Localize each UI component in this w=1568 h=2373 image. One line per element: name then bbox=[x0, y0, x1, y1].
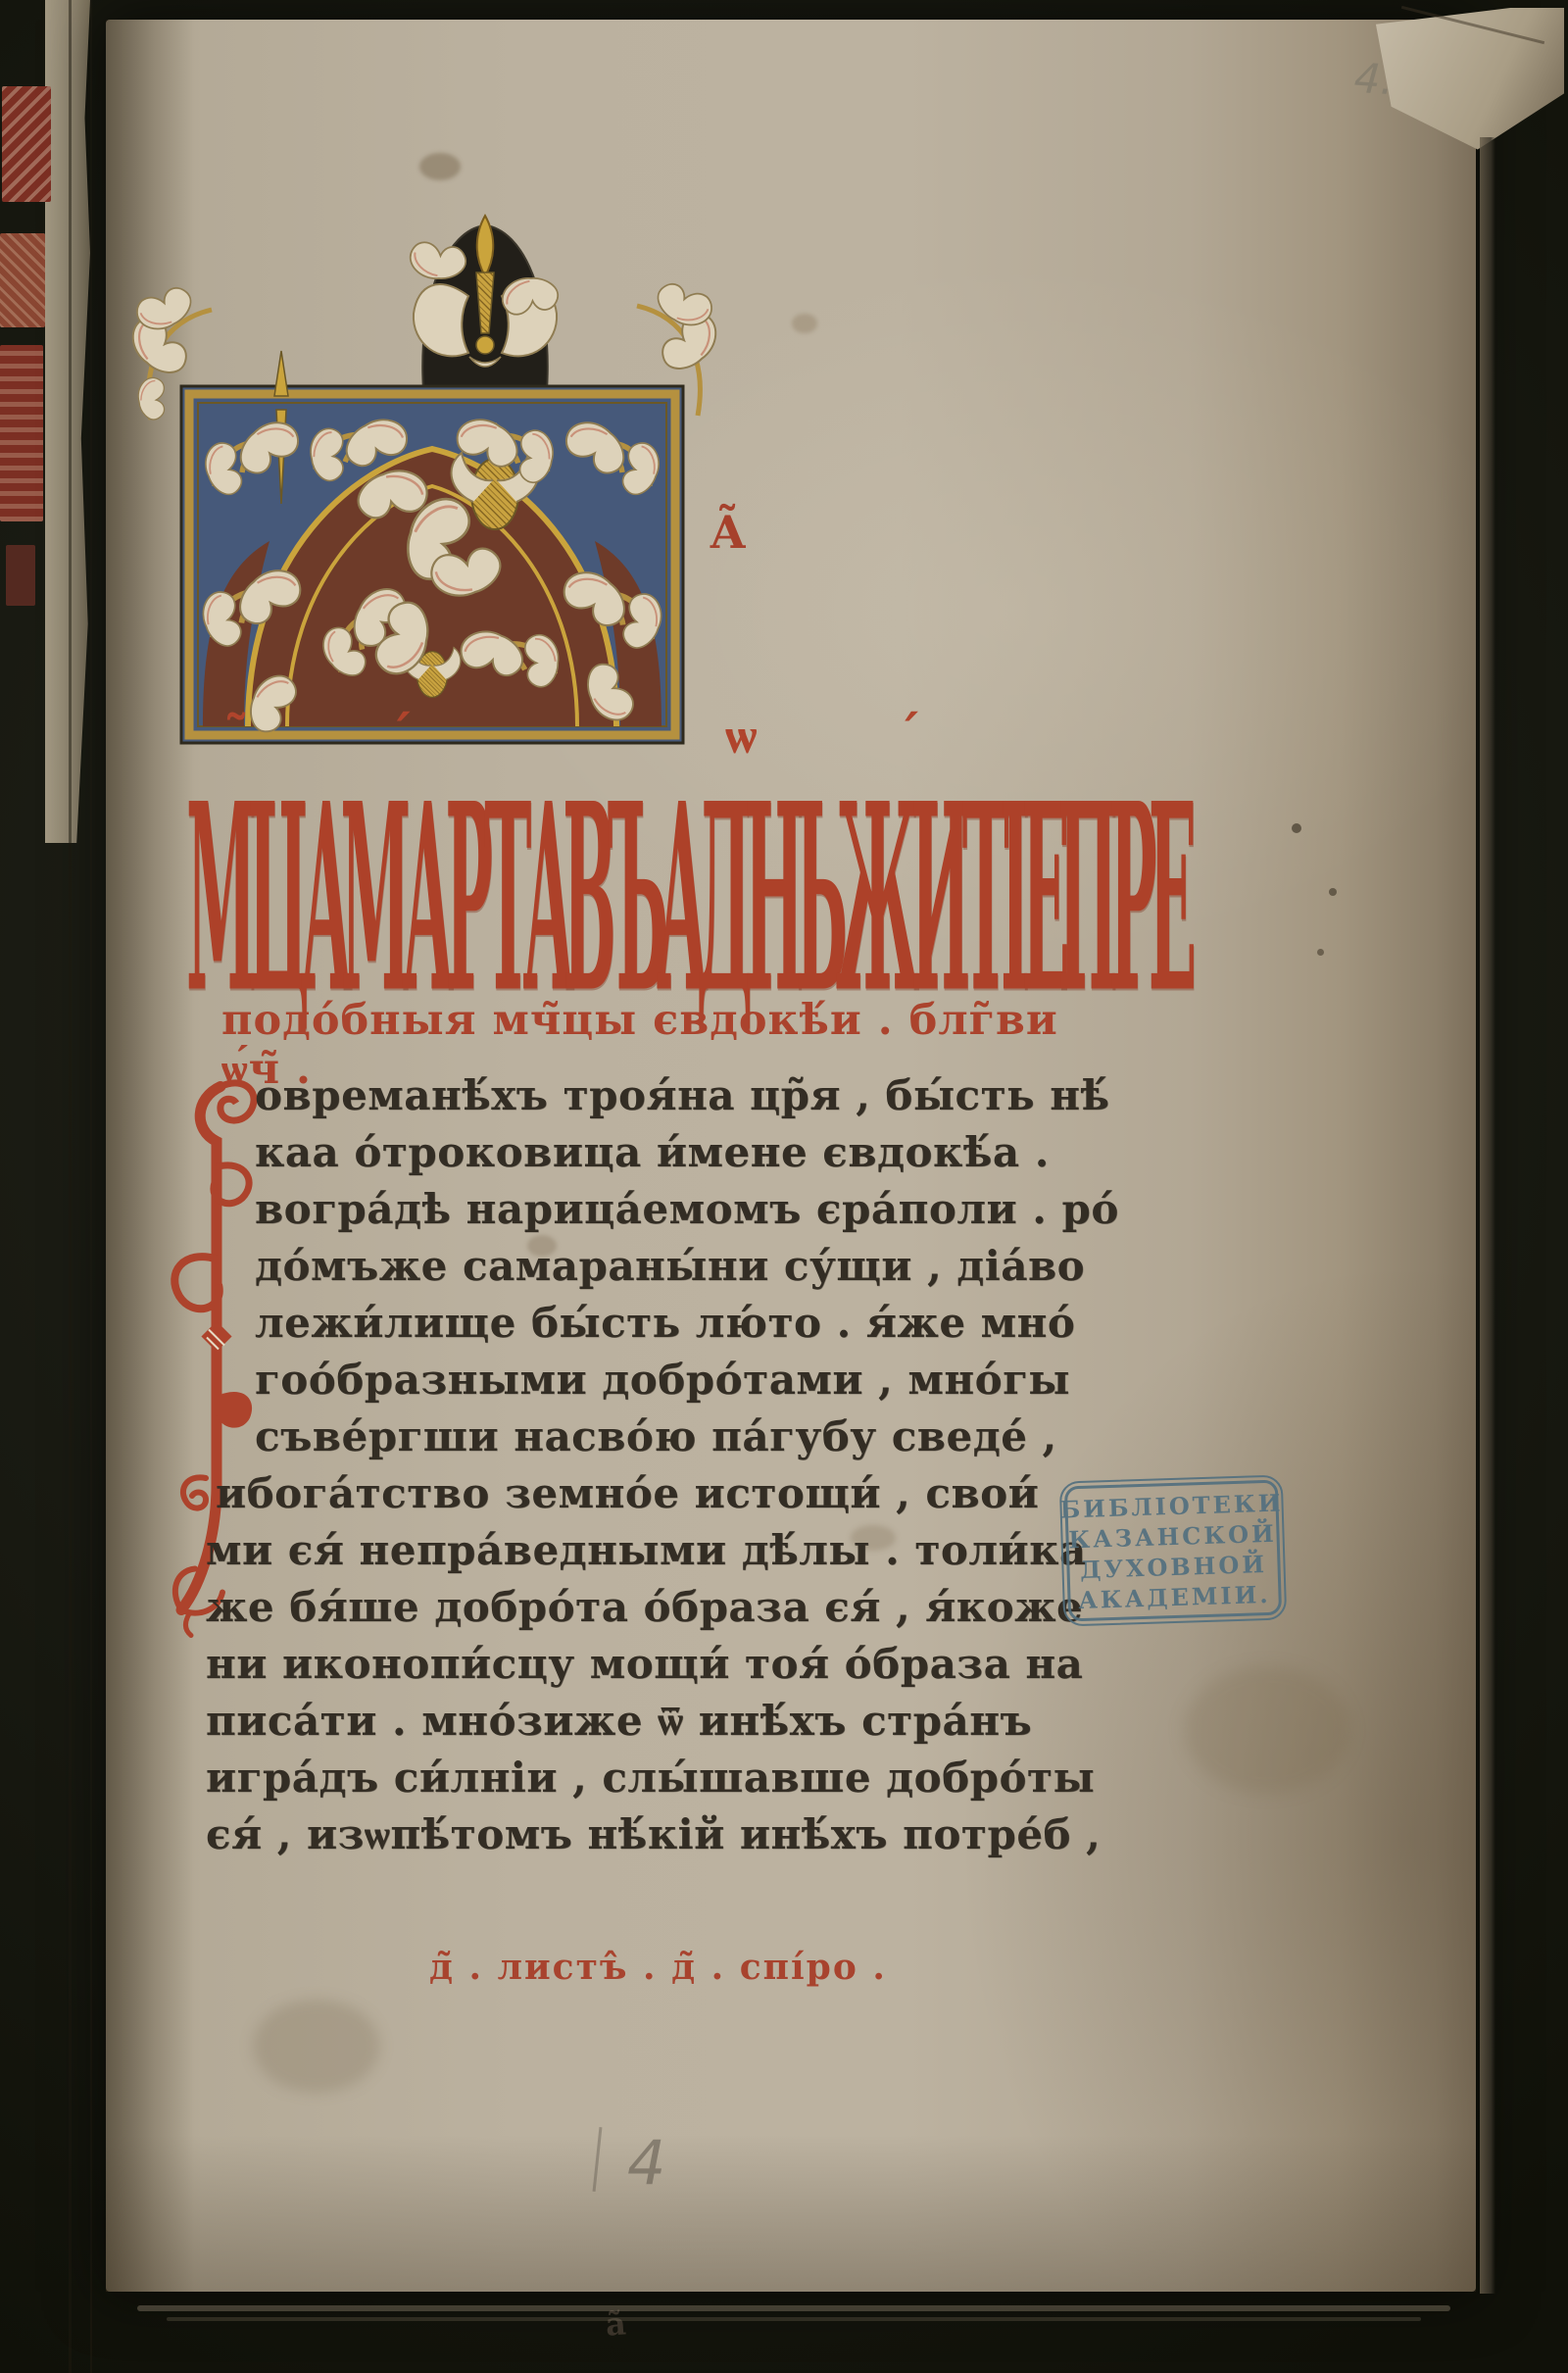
headpiece-ornament foliate-headpiece-icon bbox=[179, 384, 685, 745]
paper-stain bbox=[253, 2000, 380, 2093]
stamp-text: БИБЛІОТЕКИ КАЗАНСКОЙ ДУХОВНОЙ АКАДЕМІИ. bbox=[1064, 1480, 1282, 1622]
paper-speck bbox=[1329, 888, 1337, 896]
ornament-fragment bbox=[6, 545, 35, 606]
body-line: же бя́ше добро́та о́браза єя́ , я́коже bbox=[206, 1583, 1083, 1631]
paper-stain bbox=[419, 153, 461, 180]
body-line: овреманѣ́хъ троя́на цр̃я , бы́сть нѣ́ bbox=[255, 1071, 1110, 1119]
ornament-fragment bbox=[2, 86, 51, 202]
headpiece-crest vase-finial-icon bbox=[400, 214, 571, 395]
previous-page-sliver bbox=[0, 0, 106, 2373]
page-fore-edge bbox=[1480, 137, 1495, 2294]
pencil-folio-number-bottom: 4 bbox=[627, 2127, 665, 2199]
binding-crease bbox=[69, 0, 72, 2373]
body-line: лежи́лище бы́сть лю́то . я́же мно́ bbox=[255, 1299, 1075, 1347]
title-vyaz: МЦА МАРТА ВЪ А ДНЬ ЖИТІЕ ПРЕ bbox=[186, 747, 1009, 994]
ornament-fragment bbox=[0, 345, 43, 521]
photo-background: А̃ ˜ ́ ѡ ́ МЦА МАРТА ВЪ А ДНЬ ЖИТІЕ ПРЕ … bbox=[0, 0, 1568, 2373]
body-line: каа о́троковица и́мене євдокѣ́а . bbox=[255, 1128, 1050, 1176]
page-stack-edge bbox=[137, 2305, 1450, 2311]
page-bottom-shade bbox=[106, 2135, 1476, 2292]
body-line: гоо́бразными добро́тами , мно́гы bbox=[255, 1356, 1070, 1404]
library-stamp: БИБЛІОТЕКИ КАЗАНСКОЙ ДУХОВНОЙ АКАДЕМІИ. bbox=[1059, 1474, 1288, 1626]
body-line: єя́ , изѡпѣ́томъ нѣ́кій инѣ́хъ потре́б , bbox=[206, 1810, 1101, 1859]
body-line: писа́ти . мно́зиже ѿ инѣ́хъ стра́нъ bbox=[206, 1697, 1032, 1746]
body-line: до́мъже самараны́ни су́щи , діа́во bbox=[255, 1242, 1085, 1290]
body-line: ни иконопи́сцу мощи́ тоя́ о́браза на bbox=[206, 1640, 1083, 1688]
manuscript-page: А̃ ˜ ́ ѡ ́ МЦА МАРТА ВЪ А ДНЬ ЖИТІЕ ПРЕ … bbox=[106, 20, 1476, 2292]
page-stack-edge bbox=[167, 2317, 1421, 2321]
paper-speck bbox=[1292, 823, 1301, 833]
torn-paper-strip bbox=[45, 0, 90, 843]
body-line: вогра́дѣ нарица́емомъ єра́поли . ро́ bbox=[255, 1185, 1119, 1233]
body-line: игра́дъ си́лніи , слы́шавше добро́ты bbox=[206, 1754, 1095, 1802]
stamp-line: АКАДЕМІИ. bbox=[1078, 1579, 1271, 1615]
paper-stain bbox=[1184, 1666, 1350, 1794]
body-line: ибога́тство земно́е истощи́ , свои́ bbox=[216, 1469, 1039, 1517]
red-paragraph-curl red-spiral-initial-icon bbox=[176, 1472, 212, 1515]
ornament-fragment bbox=[0, 233, 45, 327]
folio-letter-red: А̃ bbox=[710, 506, 746, 559]
body-line: ми єя́ непра́ведными дѣ́лы . толи́ка bbox=[206, 1526, 1087, 1574]
binding-crease bbox=[90, 0, 92, 2373]
paper-speck bbox=[1317, 949, 1324, 956]
quire-note: д̃ . листъ̂ . д̃ . спі́ро . bbox=[429, 1947, 887, 1988]
paper-stain bbox=[792, 314, 817, 333]
body-line: съве́ргши насво́ю па́губу сведе́ , bbox=[255, 1412, 1057, 1460]
